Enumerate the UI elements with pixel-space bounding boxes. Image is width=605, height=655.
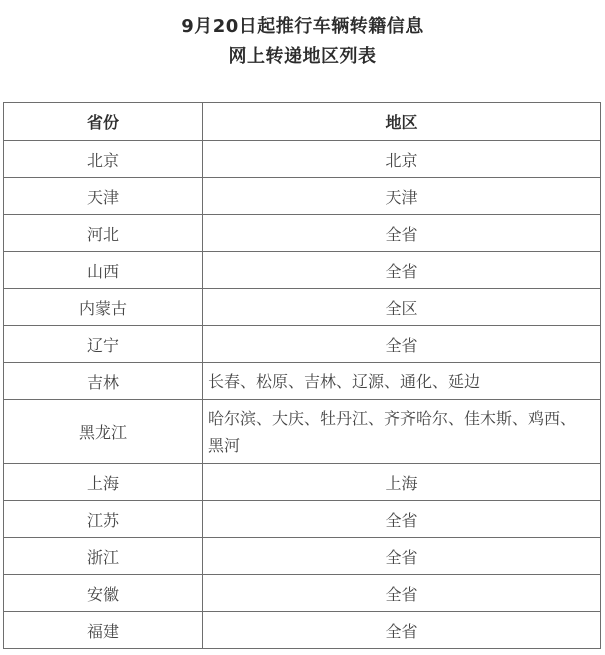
region-cell: 全省: [203, 538, 601, 575]
header-province: 省份: [4, 103, 203, 141]
province-cell: 江苏: [4, 501, 203, 538]
region-cell: 全省: [203, 215, 601, 252]
table-row: 北京 北京: [4, 141, 601, 178]
region-cell: 全省: [203, 252, 601, 289]
province-cell: 上海: [4, 464, 203, 501]
region-table: 省份 地区 北京 北京 天津 天津 河北 全省 山西 全省 内蒙古 全区 辽宁 …: [3, 102, 601, 649]
province-cell: 辽宁: [4, 326, 203, 363]
table-row: 江苏 全省: [4, 501, 601, 538]
region-cell: 全省: [203, 575, 601, 612]
region-cell: 全省: [203, 326, 601, 363]
table-row: 上海 上海: [4, 464, 601, 501]
province-cell: 山西: [4, 252, 203, 289]
province-cell: 河北: [4, 215, 203, 252]
table-header-row: 省份 地区: [4, 103, 601, 141]
table-row: 安徽 全省: [4, 575, 601, 612]
province-cell: 安徽: [4, 575, 203, 612]
document-title: 9月20日起推行车辆转籍信息 网上转递地区列表: [0, 12, 605, 72]
table-row: 天津 天津: [4, 178, 601, 215]
region-cell: 长春、松原、吉林、辽源、通化、延边: [203, 363, 601, 400]
table-row: 福建 全省: [4, 612, 601, 649]
province-cell: 吉林: [4, 363, 203, 400]
region-cell: 天津: [203, 178, 601, 215]
region-cell: 全区: [203, 289, 601, 326]
title-line-1: 9月20日起推行车辆转籍信息: [0, 12, 605, 42]
header-region: 地区: [203, 103, 601, 141]
table-row: 黑龙江 哈尔滨、大庆、牡丹江、齐齐哈尔、佳木斯、鸡西、黑河: [4, 400, 601, 464]
table-row: 浙江 全省: [4, 538, 601, 575]
region-cell: 北京: [203, 141, 601, 178]
table-row: 河北 全省: [4, 215, 601, 252]
province-cell: 浙江: [4, 538, 203, 575]
province-cell: 福建: [4, 612, 203, 649]
province-cell: 内蒙古: [4, 289, 203, 326]
region-cell: 上海: [203, 464, 601, 501]
table-row: 内蒙古 全区: [4, 289, 601, 326]
table-row: 辽宁 全省: [4, 326, 601, 363]
region-cell: 全省: [203, 501, 601, 538]
region-cell: 全省: [203, 612, 601, 649]
province-cell: 黑龙江: [4, 400, 203, 464]
province-cell: 天津: [4, 178, 203, 215]
table-row: 吉林 长春、松原、吉林、辽源、通化、延边: [4, 363, 601, 400]
title-line-2: 网上转递地区列表: [0, 42, 605, 72]
region-cell: 哈尔滨、大庆、牡丹江、齐齐哈尔、佳木斯、鸡西、黑河: [203, 400, 601, 464]
province-cell: 北京: [4, 141, 203, 178]
table-row: 山西 全省: [4, 252, 601, 289]
